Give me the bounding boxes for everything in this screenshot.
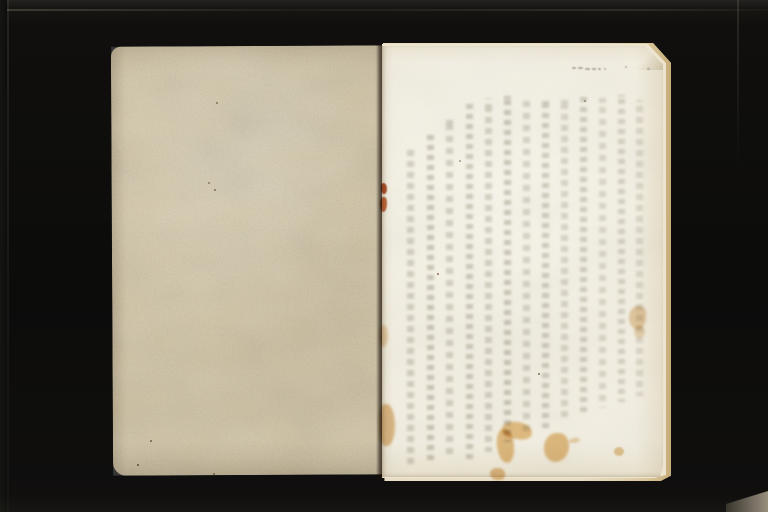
paper-speck bbox=[538, 373, 540, 375]
paper-speck bbox=[584, 100, 586, 102]
pencil-dash-mark bbox=[578, 67, 583, 69]
pencil-dash-mark bbox=[598, 68, 601, 70]
case-top-edge-highlight bbox=[0, 9, 768, 11]
bleed-through-text-column bbox=[504, 96, 511, 442]
photo-of-open-booklet-in-case: Photograph of an old stitched booklet ly… bbox=[0, 0, 768, 512]
bleed-through-text-column bbox=[580, 95, 587, 414]
cover-paper-texture bbox=[111, 45, 392, 475]
pencil-dash-mark bbox=[592, 68, 596, 70]
case-bottom-shading bbox=[0, 494, 768, 512]
pencil-dash-mark bbox=[625, 66, 627, 68]
bleed-through-text-column bbox=[618, 95, 625, 402]
case-right-edge-highlight bbox=[737, 0, 739, 170]
pencil-dash-mark bbox=[604, 68, 606, 70]
stain-gutter-red-upper bbox=[381, 183, 387, 194]
bleed-through-text-column bbox=[466, 102, 473, 460]
stain-bottom-dot bbox=[614, 447, 624, 456]
paper-speck bbox=[216, 102, 218, 104]
case-top-edge bbox=[0, 0, 768, 9]
bleed-through-text-column bbox=[485, 98, 492, 452]
pencil-dash-mark bbox=[572, 67, 576, 69]
stain-right-edge-lower bbox=[634, 326, 645, 338]
bleed-through-text-column bbox=[599, 98, 606, 408]
stain-bottom-edge-blob bbox=[490, 468, 505, 480]
pencil-dash-mark bbox=[585, 68, 590, 70]
bleed-through-text-column bbox=[407, 150, 414, 466]
bleed-through-text-column bbox=[427, 132, 434, 462]
paper-speck bbox=[150, 440, 152, 442]
booklet-back-cover bbox=[111, 45, 392, 475]
bleed-through-text-column bbox=[523, 100, 530, 432]
stain-left-edge-small bbox=[379, 325, 388, 347]
bleed-through-text-column bbox=[636, 100, 643, 396]
paper-speck bbox=[214, 189, 216, 191]
paper-speck bbox=[459, 160, 461, 162]
stain-left-edge-large bbox=[379, 404, 395, 446]
bleed-through-text-column bbox=[446, 118, 453, 458]
paper-speck bbox=[437, 273, 439, 275]
paper-speck bbox=[208, 182, 210, 184]
bleed-through-text-column bbox=[542, 96, 549, 428]
case-left-edge bbox=[0, 0, 7, 512]
paper-speck bbox=[213, 473, 215, 475]
paper-speck bbox=[137, 464, 139, 466]
pencil-dash-mark bbox=[647, 68, 650, 70]
bleed-through-text-column bbox=[561, 98, 568, 420]
case-left-edge-highlight bbox=[7, 0, 9, 512]
